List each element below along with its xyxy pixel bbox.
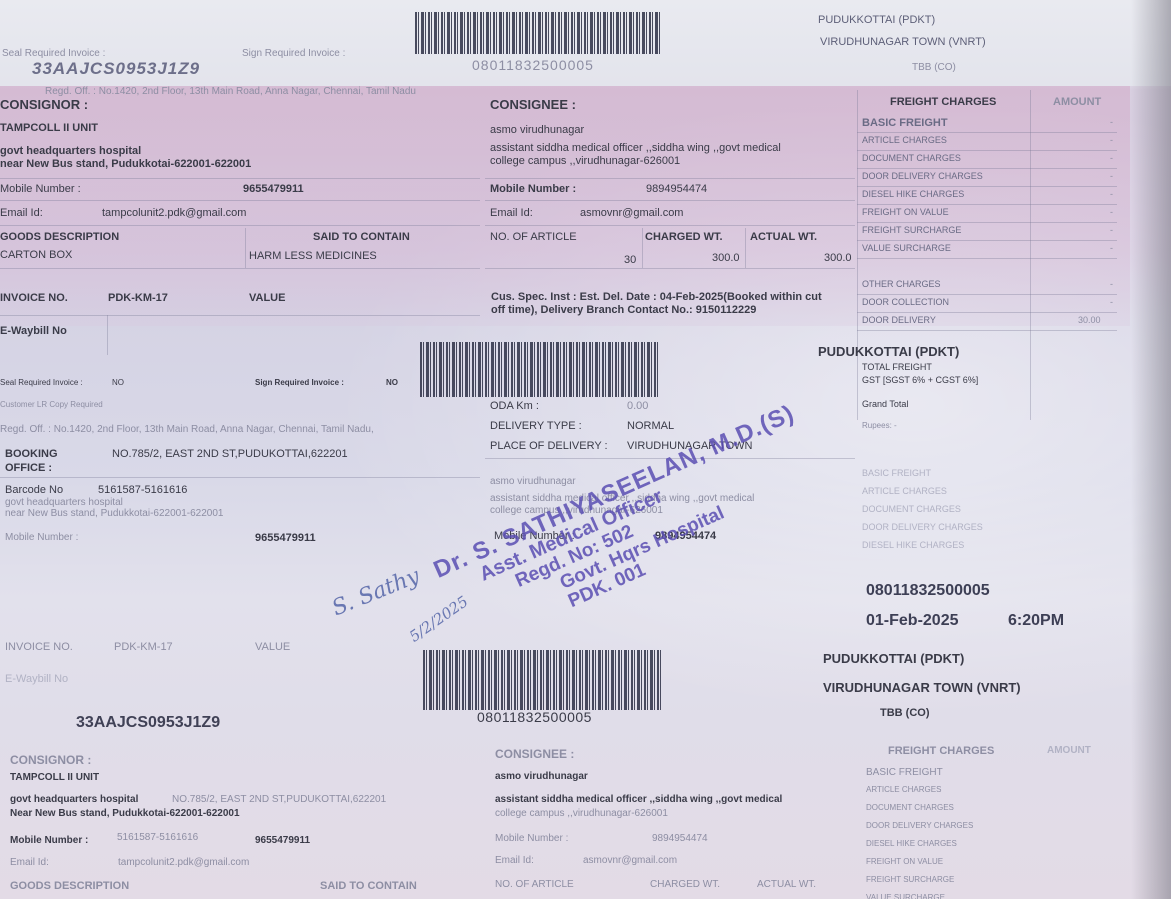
oda-km-label: ODA Km : [490, 400, 539, 412]
top-origin: PUDUKKOTTAI (PDKT) [818, 14, 935, 26]
invoice-value-label: VALUE [249, 292, 285, 304]
third-consignee-email: asmovnr@gmail.com [583, 855, 677, 866]
freight-row-label: ARTICLE CHARGES [862, 135, 947, 145]
regd-office: Regd. Off. : No.1420, 2nd Floor, 13th Ma… [0, 424, 374, 435]
barcode-no-label: Barcode No [5, 484, 63, 496]
actual-wt-header: ACTUAL WT. [750, 231, 817, 243]
freight-row-amount: - [1110, 189, 1113, 199]
consignee-heading: CONSIGNEE : [490, 97, 576, 112]
consignee-name: asmo virudhunagar [490, 124, 584, 136]
actual-wt-value: 300.0 [824, 252, 852, 264]
office-origin-overprint: PUDUKKOTTAI (PDKT) [818, 344, 959, 359]
consignee-email-label: Email Id: [490, 207, 533, 219]
booking-office-label-2: OFFICE : [5, 462, 52, 474]
freight-row-label: DIESEL HIKE CHARGES [862, 189, 964, 199]
booking-office-label: BOOKING [5, 448, 58, 460]
overprint-consignor-addr1: govt headquarters hospital [5, 497, 123, 508]
consignor-heading: CONSIGNOR : [0, 97, 88, 112]
third-consignee-addr1: assistant siddha medical officer ,,siddh… [495, 794, 782, 805]
top-gstin: 33AAJCS0953J1Z9 [32, 59, 200, 79]
third-consignee-email-label: Email Id: [495, 855, 534, 866]
paper-edge-shadow [1131, 0, 1171, 899]
invoice-label: INVOICE NO. [0, 292, 68, 304]
freight-row-label: DOOR DELIVERY [862, 315, 936, 325]
total-freight-label: TOTAL FREIGHT [862, 362, 932, 372]
second-destination: VIRUDHUNAGAR TOWN (VNRT) [823, 680, 1021, 695]
sign-required-label: Sign Required Invoice : [255, 378, 344, 387]
overprint-consignor-addr2: near New Bus stand, Pudukkotai-622001-62… [5, 508, 223, 519]
third-freight-item: DIESEL HIKE CHARGES [866, 839, 957, 848]
second-consignor-mobile: 9655479911 [255, 532, 316, 544]
articles-header: NO. OF ARTICLE [490, 231, 577, 243]
third-consignee-addr2: college campus ,,virudhunagar-626001 [495, 808, 668, 819]
freight-row-label: VALUE SURCHARGE [862, 243, 951, 253]
third-consignor-name: TAMPCOLL II UNIT [10, 772, 99, 783]
third-amount-header: AMOUNT [1047, 745, 1091, 756]
freight-charges-header: FREIGHT CHARGES [890, 96, 996, 108]
consignor-email-label: Email Id: [0, 207, 43, 219]
third-freight-item: ARTICLE CHARGES [866, 785, 941, 794]
third-consignee-mobile-label: Mobile Number : [495, 833, 568, 844]
consignor-email: tampcolunit2.pdk@gmail.com [102, 207, 246, 219]
top-destination: VIRUDHUNAGAR TOWN (VNRT) [820, 36, 986, 48]
booking-date: 01-Feb-2025 [866, 612, 959, 630]
top-barcode [415, 12, 660, 54]
freight-row-label: DOCUMENT CHARGES [862, 153, 961, 163]
pink-copy-band [0, 86, 1130, 326]
consignee-email: asmovnr@gmail.com [580, 207, 683, 219]
sign-required-value: NO [386, 378, 398, 387]
instructions-line2: off time), Delivery Branch Contact No.: … [491, 304, 756, 316]
freight-row-amount: - [1110, 297, 1113, 307]
second-payment-mode: TBB (CO) [880, 707, 930, 719]
freight-row-label: FREIGHT ON VALUE [862, 207, 949, 217]
seal-required-label: Seal Required Invoice : [0, 378, 83, 387]
grand-total-label: Grand Total [862, 399, 908, 409]
faint-consignee-name: asmo virudhunagar [490, 476, 576, 487]
second-barcode [423, 650, 661, 710]
freight-row-amount: 30.00 [1078, 315, 1101, 325]
faint-freight-item: DOOR DELIVERY CHARGES [862, 522, 983, 532]
third-consignor-mobile: 9655479911 [255, 835, 310, 846]
freight-row-label: DOOR COLLECTION [862, 297, 949, 307]
second-gstin: 33AAJCS0953J1Z9 [76, 714, 220, 732]
third-charged-wt-header: CHARGED WT. [650, 879, 720, 890]
third-consignee-name: asmo virudhunagar [495, 771, 588, 782]
freight-amount-header: AMOUNT [1053, 96, 1101, 108]
booking-office-address: NO.785/2, EAST 2ND ST,PUDUKOTTAI,622201 [112, 448, 348, 460]
consignor-mobile-label: Mobile Number : [0, 183, 81, 195]
second-invoice-number: PDK-KM-17 [114, 641, 173, 653]
top-payment-mode: TBB (CO) [912, 62, 956, 73]
freight-row-label: DOOR DELIVERY CHARGES [862, 171, 983, 181]
booking-time: 6:20PM [1008, 612, 1064, 630]
third-freight-item: DOOR DELIVERY CHARGES [866, 821, 973, 830]
top-barcode-number: 08011832500005 [472, 57, 594, 73]
third-freight-item: FREIGHT SURCHARGE [866, 875, 954, 884]
third-freight-header: FREIGHT CHARGES [888, 745, 994, 757]
faint-freight-item: ARTICLE CHARGES [862, 486, 947, 496]
instructions-line1: Cus. Spec. Inst : Est. Del. Date : 04-Fe… [491, 291, 822, 303]
third-consignor-email: tampcolunit2.pdk@gmail.com [118, 857, 249, 868]
second-ewaybill-label: E-Waybill No [5, 673, 68, 685]
consignor-address-line2: near New Bus stand, Pudukkotai-622001-62… [0, 158, 251, 170]
third-freight-item: FREIGHT ON VALUE [866, 857, 943, 866]
consignor-address-line1: govt headquarters hospital [0, 145, 141, 157]
said-to-contain: HARM LESS MEDICINES [249, 250, 377, 262]
gst-label: GST [SGST 6% + CGST 6%] [862, 375, 978, 385]
freight-row-amount: - [1110, 171, 1113, 181]
third-freight-item: VALUE SURCHARGE [866, 893, 945, 899]
charged-wt-header: CHARGED WT. [645, 231, 723, 243]
faint-freight-item: BASIC FREIGHT [862, 468, 931, 478]
said-to-contain-header: SAID TO CONTAIN [313, 231, 410, 243]
top-regd-office-faint: Regd. Off. : No.1420, 2nd Floor, 13th Ma… [45, 86, 416, 97]
ewaybill-label: E-Waybill No [0, 325, 67, 337]
freight-row-amount: - [1110, 279, 1113, 289]
third-goods-header: GOODS DESCRIPTION [10, 880, 129, 892]
freight-row-label: FREIGHT SURCHARGE [862, 225, 961, 235]
sign-required-faint: Sign Required Invoice : [242, 48, 345, 59]
consignee-address-line1: assistant siddha medical officer ,,siddh… [490, 142, 781, 154]
third-actual-wt-header: ACTUAL WT. [757, 879, 816, 890]
consignor-mobile: 9655479911 [243, 183, 304, 195]
goods-description: CARTON BOX [0, 249, 72, 261]
freight-row-amount: - [1110, 243, 1113, 253]
third-consignee-mobile: 9894954474 [652, 833, 708, 844]
oda-km-value: 0.00 [627, 400, 648, 412]
third-consignor-mobile-label: Mobile Number : [10, 835, 88, 846]
second-barcode-number: 08011832500005 [477, 709, 592, 725]
goods-description-header: GOODS DESCRIPTION [0, 231, 119, 243]
lr-number: 08011832500005 [866, 582, 990, 600]
third-consignor-email-label: Email Id: [10, 857, 49, 868]
third-articles-header: NO. OF ARTICLE [495, 879, 574, 890]
freight-row-amount: - [1110, 207, 1113, 217]
consignor-name: TAMPCOLL II UNIT [0, 122, 98, 134]
middle-barcode [420, 342, 658, 397]
third-contains-header: SAID TO CONTAIN [320, 880, 417, 892]
freight-row-label: BASIC FREIGHT [862, 117, 948, 129]
delivery-type-label: DELIVERY TYPE : [490, 420, 582, 432]
consignee-mobile-label: Mobile Number : [490, 183, 576, 195]
second-consignor-mobile-label: Mobile Number : [5, 532, 78, 543]
second-value-label: VALUE [255, 641, 290, 653]
second-invoice-label: INVOICE NO. [5, 641, 73, 653]
second-origin: PUDUKKOTTAI (PDKT) [823, 651, 964, 666]
faint-freight-item: DIESEL HIKE CHARGES [862, 540, 964, 550]
invoice-number: PDK-KM-17 [108, 292, 168, 304]
third-freight-item: BASIC FREIGHT [866, 767, 943, 778]
third-consignor-heading: CONSIGNOR : [10, 753, 91, 767]
seal-required-value: NO [112, 378, 124, 387]
third-consignor-addr1: govt headquarters hospital [10, 794, 138, 805]
articles-count: 30 [624, 254, 636, 266]
third-freight-item: DOCUMENT CHARGES [866, 803, 954, 812]
barcode-range: 5161587-5161616 [98, 484, 187, 496]
consignee-address-line2: college campus ,,virudhunagar-626001 [490, 155, 680, 167]
freight-row-amount: - [1110, 135, 1113, 145]
seal-required-faint: Seal Required Invoice : [2, 48, 105, 59]
faint-freight-item: DOCUMENT CHARGES [862, 504, 961, 514]
charged-wt-value: 300.0 [712, 252, 740, 264]
third-consignee-heading: CONSIGNEE : [495, 747, 574, 761]
place-of-delivery-label: PLACE OF DELIVERY : [490, 440, 608, 452]
freight-row-label: OTHER CHARGES [862, 279, 941, 289]
third-consignor-addr2: Near New Bus stand, Pudukkotai-622001-62… [10, 808, 240, 819]
rupees-label: Rupees: - [862, 421, 897, 430]
delivery-type: NORMAL [627, 420, 674, 432]
third-overprint-booking: NO.785/2, EAST 2ND ST,PUDUKOTTAI,622201 [172, 794, 386, 805]
customer-lr-copy-label: Customer LR Copy Required [0, 400, 103, 409]
freight-row-amount: - [1110, 153, 1113, 163]
freight-row-amount: - [1110, 225, 1113, 235]
freight-row-amount: - [1110, 117, 1113, 127]
third-overprint-barcode: 5161587-5161616 [117, 832, 198, 843]
consignee-mobile: 9894954474 [646, 183, 707, 195]
